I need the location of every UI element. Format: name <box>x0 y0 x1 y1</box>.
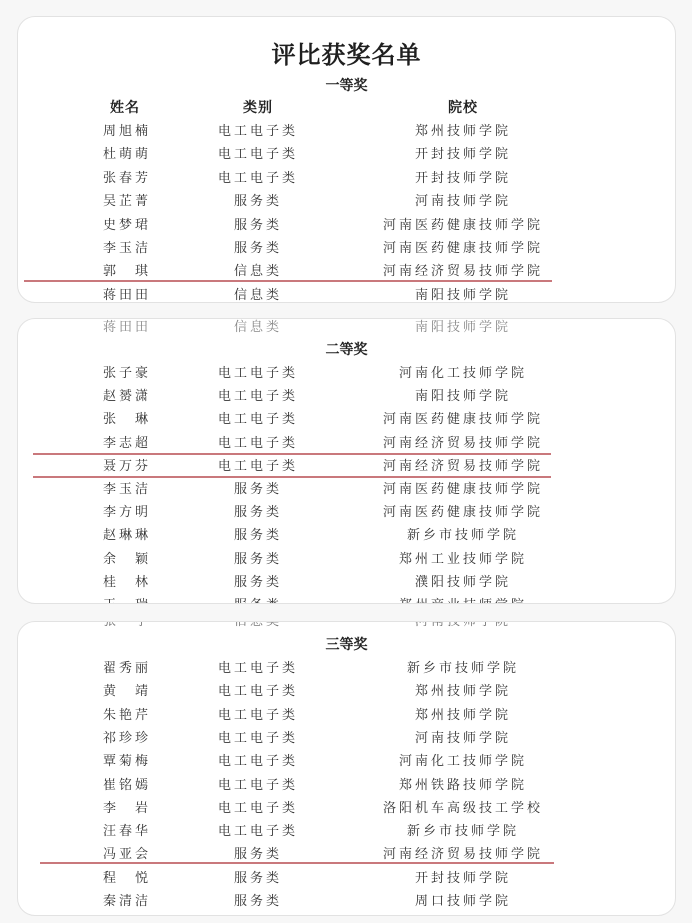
school-name: 南阳技师学院 <box>348 385 578 404</box>
third-prize-card: 张 宁 信息类 河南技师学院 三等奖 翟秀丽电工电子类新乡市技师学院黄 靖电工电… <box>17 621 676 916</box>
table-row: 赵琳琳服务类新乡市技师学院 <box>18 524 675 546</box>
category: 服务类 <box>198 594 318 604</box>
school-name: 濮阳技师学院 <box>348 571 578 590</box>
table-row: 李玉洁服务类河南医药健康技师学院 <box>18 237 675 259</box>
table-row: 杜萌萌电工电子类开封技师学院 <box>18 143 675 165</box>
winner-name: 张 琳 <box>103 408 151 427</box>
category: 服务类 <box>198 571 318 590</box>
school-name: 郑州工业技师学院 <box>348 548 578 567</box>
winner-name: 李方明 <box>103 501 151 520</box>
winner-name: 赵赟潇 <box>103 385 151 404</box>
column-header-row: 姓名 类别 院校 <box>18 97 675 119</box>
winner-name: 程 悦 <box>103 867 151 886</box>
highlight-underline <box>33 453 551 455</box>
table-row: 王 瑞服务类郑州商业技师学院 <box>18 594 675 604</box>
table-row: 赵赟潇电工电子类南阳技师学院 <box>18 385 675 407</box>
table-row: 秦清洁服务类周口技师学院 <box>18 890 675 912</box>
header-name: 姓名 <box>110 97 140 117</box>
category: 电工电子类 <box>198 120 318 139</box>
school-name: 河南经济贸易技师学院 <box>348 455 578 474</box>
winner-name: 朱艳芹 <box>103 704 151 723</box>
winner-name: 李志超 <box>103 432 151 451</box>
third-prize-heading: 三等奖 <box>18 634 675 654</box>
school-name: 河南医药健康技师学院 <box>348 214 578 233</box>
table-row: 张春芳电工电子类开封技师学院 <box>18 167 675 189</box>
winner-name: 翟秀丽 <box>103 657 151 676</box>
winner-name: 聂万芬 <box>103 455 151 474</box>
table-row: 黄 靖电工电子类郑州技师学院 <box>18 680 675 702</box>
first-prize-card: 评比获奖名单 一等奖 姓名 类别 院校 周旭楠电工电子类郑州技师学院杜萌萌电工电… <box>17 16 676 303</box>
category: 服务类 <box>198 478 318 497</box>
table-row: 蒋田田信息类南阳技师学院 <box>18 284 675 303</box>
header-category: 类别 <box>198 97 318 117</box>
school-name: 郑州铁路技师学院 <box>348 774 578 793</box>
table-row: 张 琳电工电子类河南医药健康技师学院 <box>18 408 675 430</box>
winner-name: 赵琳琳 <box>103 524 151 543</box>
category: 服务类 <box>198 524 318 543</box>
category: 电工电子类 <box>198 727 318 746</box>
category: 电工电子类 <box>198 704 318 723</box>
school-name: 新乡市技师学院 <box>348 820 578 839</box>
table-row: 周旭楠电工电子类郑州技师学院 <box>18 120 675 142</box>
category: 电工电子类 <box>198 750 318 769</box>
category: 信息类 <box>198 260 318 279</box>
highlight-underline <box>40 862 554 864</box>
category: 服务类 <box>198 501 318 520</box>
table-row: 李志超电工电子类河南经济贸易技师学院 <box>18 432 675 454</box>
second-prize-card: 蒋田田 信息类 南阳技师学院 二等奖 张子豪电工电子类河南化工技师学院赵赟潇电工… <box>17 318 676 604</box>
highlight-underline <box>33 476 551 478</box>
winner-name: 崔铭嫣 <box>103 774 151 793</box>
school-name: 郑州技师学院 <box>348 120 578 139</box>
highlight-underline <box>24 280 552 282</box>
table-row: 汪春华电工电子类新乡市技师学院 <box>18 820 675 842</box>
table-row: 余 颖服务类郑州工业技师学院 <box>18 548 675 570</box>
winner-name: 王 瑞 <box>103 594 151 604</box>
winner-name: 余 颖 <box>103 548 151 567</box>
category: 电工电子类 <box>198 385 318 404</box>
school-name: 河南医药健康技师学院 <box>348 237 578 256</box>
winner-name: 冯亚会 <box>103 843 151 862</box>
winner-name: 蒋田田 <box>103 284 151 303</box>
school-name: 河南经济贸易技师学院 <box>348 843 578 862</box>
category: 服务类 <box>198 214 318 233</box>
winner-name: 张子豪 <box>103 362 151 381</box>
school-name: 洛阳机车高级技工学校 <box>348 797 578 816</box>
category: 服务类 <box>198 867 318 886</box>
winner-name: 吴芷菁 <box>103 190 151 209</box>
school-name: 河南技师学院 <box>348 190 578 209</box>
winner-name: 李玉洁 <box>103 237 151 256</box>
school-name: 郑州技师学院 <box>348 704 578 723</box>
winner-name: 桂 林 <box>103 571 151 590</box>
school-name: 南阳技师学院 <box>348 284 578 303</box>
winner-name: 史梦珺 <box>103 214 151 233</box>
header-school: 院校 <box>348 97 578 117</box>
school-name: 郑州技师学院 <box>348 680 578 699</box>
category: 电工电子类 <box>198 432 318 451</box>
school-name: 河南经济贸易技师学院 <box>348 260 578 279</box>
winner-name: 郭 琪 <box>103 260 151 279</box>
winner-name: 李 岩 <box>103 797 151 816</box>
winner-name: 杜萌萌 <box>103 143 151 162</box>
category: 电工电子类 <box>198 143 318 162</box>
table-row: 李方明服务类河南医药健康技师学院 <box>18 501 675 523</box>
carryover-row: 张 宁 信息类 河南技师学院 <box>18 621 675 632</box>
table-row: 覃菊梅电工电子类河南化工技师学院 <box>18 750 675 772</box>
school-name: 河南医药健康技师学院 <box>348 478 578 497</box>
category: 服务类 <box>198 190 318 209</box>
table-row: 崔铭嫣电工电子类郑州铁路技师学院 <box>18 774 675 796</box>
category: 信息类 <box>198 284 318 303</box>
winner-name: 周旭楠 <box>103 120 151 139</box>
school-name: 河南医药健康技师学院 <box>348 501 578 520</box>
category: 电工电子类 <box>198 774 318 793</box>
winner-name: 黄 靖 <box>103 680 151 699</box>
table-row: 朱艳芹电工电子类郑州技师学院 <box>18 704 675 726</box>
table-row: 祁珍珍电工电子类河南技师学院 <box>18 727 675 749</box>
category: 服务类 <box>198 237 318 256</box>
category: 服务类 <box>198 548 318 567</box>
table-row: 李玉洁服务类河南医药健康技师学院 <box>18 478 675 500</box>
category: 电工电子类 <box>198 820 318 839</box>
school-name: 河南技师学院 <box>348 727 578 746</box>
winner-name: 李玉洁 <box>103 478 151 497</box>
category: 电工电子类 <box>198 362 318 381</box>
table-row: 吴芷菁服务类河南技师学院 <box>18 190 675 212</box>
category: 电工电子类 <box>198 408 318 427</box>
school-name: 开封技师学院 <box>348 143 578 162</box>
winner-name: 汪春华 <box>103 820 151 839</box>
category: 服务类 <box>198 843 318 862</box>
school-name: 新乡市技师学院 <box>348 657 578 676</box>
school-name: 河南医药健康技师学院 <box>348 408 578 427</box>
table-row: 翟秀丽电工电子类新乡市技师学院 <box>18 657 675 679</box>
table-row: 程 悦服务类开封技师学院 <box>18 867 675 889</box>
winner-name: 秦清洁 <box>103 890 151 909</box>
second-prize-heading: 二等奖 <box>18 339 675 359</box>
school-name: 开封技师学院 <box>348 867 578 886</box>
school-name: 新乡市技师学院 <box>348 524 578 543</box>
table-row: 史梦珺服务类河南医药健康技师学院 <box>18 214 675 236</box>
category: 电工电子类 <box>198 455 318 474</box>
category: 电工电子类 <box>198 797 318 816</box>
carryover-row: 蒋田田 信息类 南阳技师学院 <box>18 318 675 338</box>
school-name: 河南经济贸易技师学院 <box>348 432 578 451</box>
school-name: 河南化工技师学院 <box>348 362 578 381</box>
school-name: 周口技师学院 <box>348 890 578 909</box>
winner-name: 张春芳 <box>103 167 151 186</box>
winner-name: 祁珍珍 <box>103 727 151 746</box>
table-row: 张子豪电工电子类河南化工技师学院 <box>18 362 675 384</box>
table-row: 聂万芬电工电子类河南经济贸易技师学院 <box>18 455 675 477</box>
first-prize-heading: 一等奖 <box>18 75 675 95</box>
school-name: 开封技师学院 <box>348 167 578 186</box>
school-name: 河南化工技师学院 <box>348 750 578 769</box>
school-name: 郑州商业技师学院 <box>348 594 578 604</box>
winner-name: 覃菊梅 <box>103 750 151 769</box>
category: 电工电子类 <box>198 657 318 676</box>
table-row: 李 岩电工电子类洛阳机车高级技工学校 <box>18 797 675 819</box>
document-title: 评比获奖名单 <box>18 35 675 70</box>
category: 服务类 <box>198 890 318 909</box>
category: 电工电子类 <box>198 680 318 699</box>
category: 电工电子类 <box>198 167 318 186</box>
table-row: 桂 林服务类濮阳技师学院 <box>18 571 675 593</box>
